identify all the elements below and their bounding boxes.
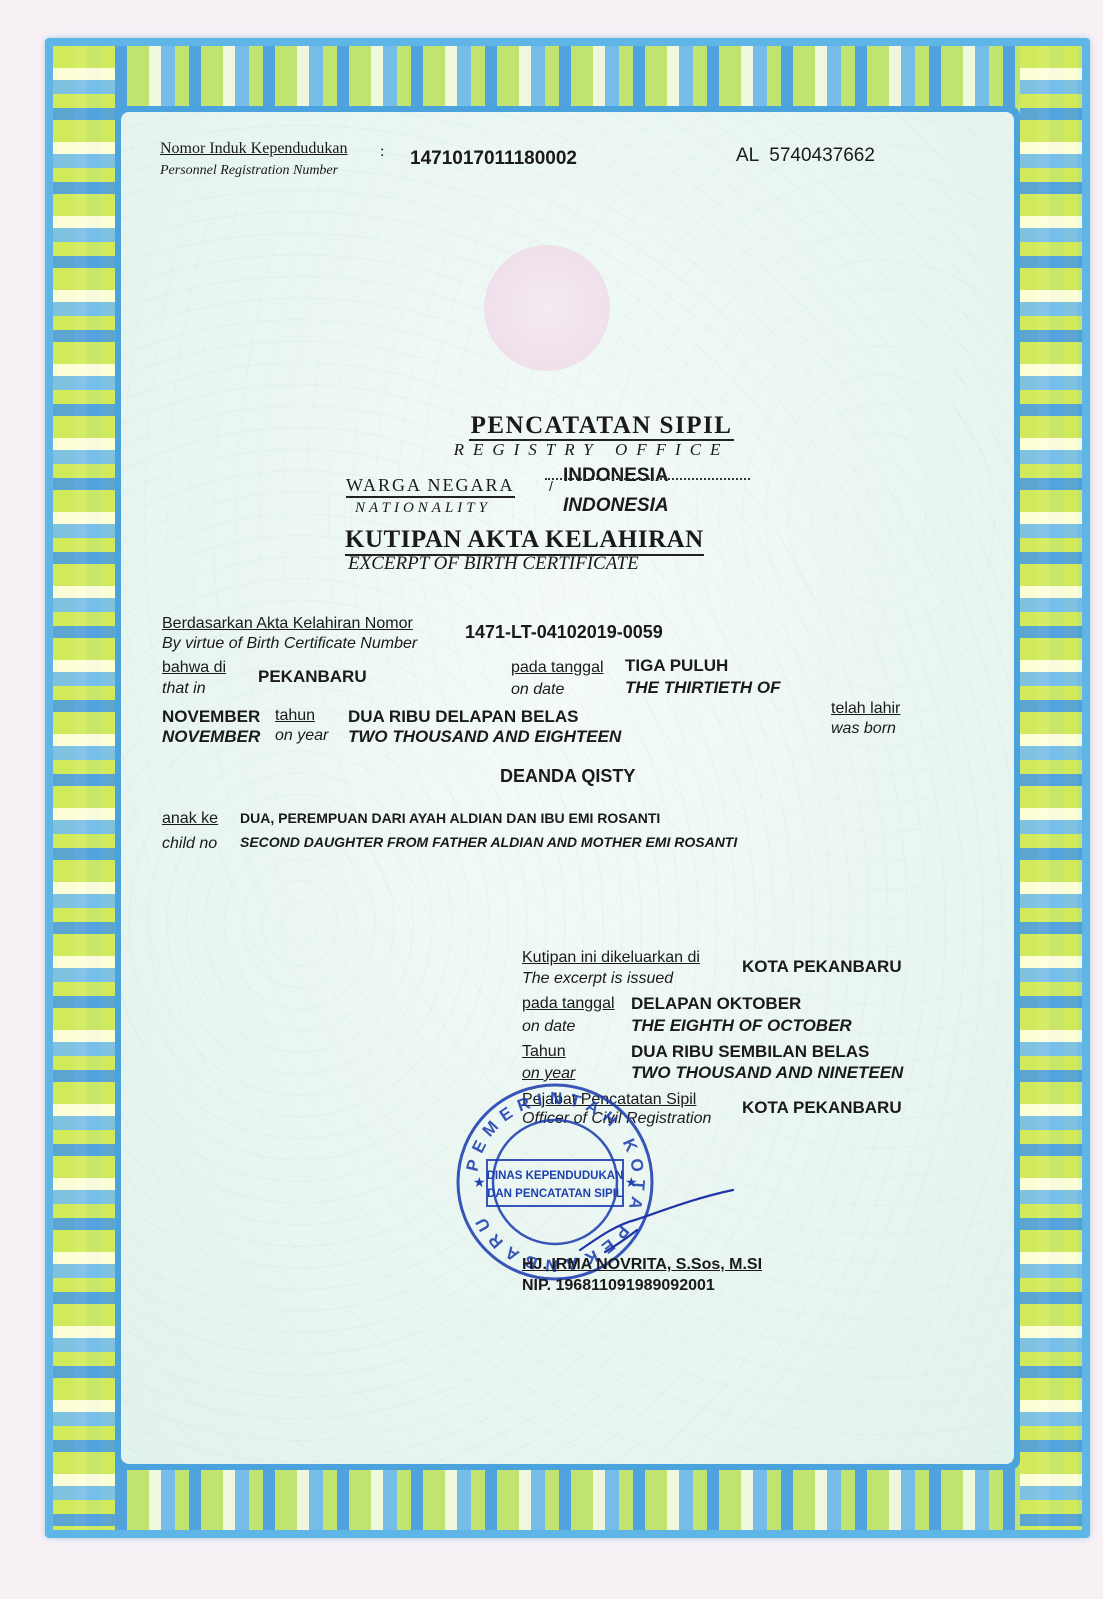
place-label-en: that in xyxy=(162,680,206,698)
nik-value: 1471017011180002 xyxy=(410,148,577,170)
nationality-dotted-line xyxy=(545,478,750,480)
birth-date-id: TIGA PULUH xyxy=(625,656,728,676)
nationality-label-id: WARGA NEGARA xyxy=(346,475,515,498)
birth-month-en: NOVEMBER xyxy=(162,727,260,747)
issue-date-label-id: pada tanggal xyxy=(522,995,615,1013)
watermark-seal-icon xyxy=(484,245,610,371)
serial-prefix: AL xyxy=(736,145,759,166)
birth-year-en: TWO THOUSAND AND EIGHTEEN xyxy=(348,727,621,747)
nik-separator: : xyxy=(380,143,384,161)
birth-year-id: DUA RIBU DELAPAN BELAS xyxy=(348,707,578,727)
child-no-value-en: SECOND DAUGHTER FROM FATHER ALDIAN AND M… xyxy=(240,834,737,850)
year-label-en: on year xyxy=(275,727,328,745)
issued-label-en: The excerpt is issued xyxy=(522,970,673,988)
issue-date-label-en: on date xyxy=(522,1018,575,1036)
officer-nip: NIP. 196811091989092001 xyxy=(522,1277,715,1295)
serial-number: AL5740437662 xyxy=(736,145,875,167)
office-title-en: REGISTRY OFFICE xyxy=(40,440,1103,460)
cert-number-value: 1471-LT-04102019-0059 xyxy=(465,622,663,643)
place-label-id: bahwa di xyxy=(162,659,226,677)
born-label-en: was born xyxy=(831,720,896,738)
issue-year-id: DUA RIBU SEMBILAN BELAS xyxy=(631,1042,869,1062)
date-label-id: pada tanggal xyxy=(511,659,604,677)
child-no-label-id: anak ke xyxy=(162,810,218,828)
issue-date-en: THE EIGHTH OF OCTOBER xyxy=(631,1016,852,1036)
nik-label-en: Personnel Registration Number xyxy=(160,163,338,179)
birth-date-en: THE THIRTIETH OF xyxy=(625,678,781,698)
office-title-id: PENCATATAN SIPIL xyxy=(469,412,735,441)
cert-number-label-en: By virtue of Birth Certificate Number xyxy=(162,635,417,653)
issue-year-label-id: Tahun xyxy=(522,1043,566,1061)
date-label-en: on date xyxy=(511,681,564,699)
serial-value: 5740437662 xyxy=(769,145,875,166)
nationality-value-en: INDONESIA xyxy=(563,495,669,517)
ornamental-border-right xyxy=(1020,46,1082,1530)
ornamental-border-left xyxy=(53,46,115,1530)
office-title: PENCATATAN SIPIL xyxy=(0,412,1103,440)
issue-year-label-en: on year xyxy=(522,1065,575,1083)
nationality-label-en: NATIONALITY xyxy=(355,500,491,517)
svg-text:★: ★ xyxy=(473,1174,486,1190)
issue-year-en: TWO THOUSAND AND NINETEEN xyxy=(631,1063,903,1083)
cert-number-label-id: Berdasarkan Akta Kelahiran Nomor xyxy=(162,615,413,633)
document-title-en: EXCERPT OF BIRTH CERTIFICATE xyxy=(348,553,639,575)
birth-place: PEKANBARU xyxy=(258,667,367,687)
issued-label-id: Kutipan ini dikeluarkan di xyxy=(522,949,700,967)
officer-place: KOTA PEKANBARU xyxy=(742,1098,902,1118)
issue-date-id: DELAPAN OKTOBER xyxy=(631,994,801,1014)
nationality-separator: / xyxy=(549,478,553,494)
birth-month-id: NOVEMBER xyxy=(162,707,260,727)
child-no-value-id: DUA, PEREMPUAN DARI AYAH ALDIAN DAN IBU … xyxy=(240,810,660,826)
issued-place: KOTA PEKANBARU xyxy=(742,957,902,977)
officer-name: HJ. IRMA NOVRITA, S.Sos, M.SI xyxy=(522,1256,762,1274)
year-label-id: tahun xyxy=(275,707,315,725)
document-title: KUTIPAN AKTA KELAHIRAN xyxy=(345,526,704,556)
child-name: DEANDA QISTY xyxy=(500,766,635,787)
nik-label-id: Nomor Induk Kependudukan xyxy=(160,140,348,158)
born-label-id: telah lahir xyxy=(831,700,900,718)
child-no-label-en: child no xyxy=(162,835,217,853)
nationality-value-id: INDONESIA xyxy=(563,465,669,487)
